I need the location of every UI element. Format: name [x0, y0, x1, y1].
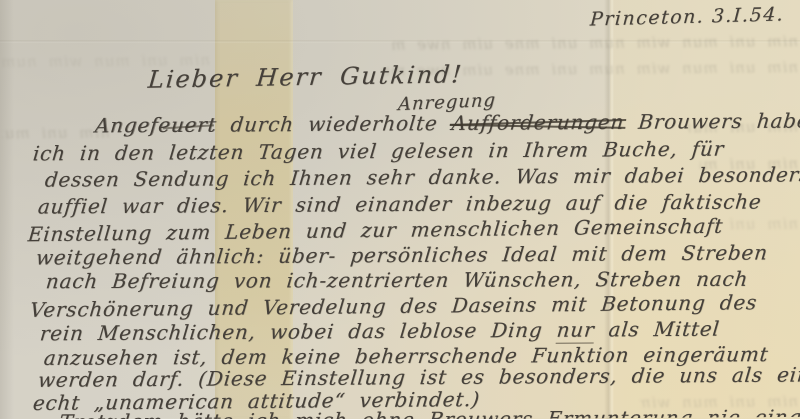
overwritten-word: Angefeuert [94, 113, 218, 138]
underlined-word: nur [555, 317, 595, 343]
letter-line-9: rein Menschlichen, wobei das leblose Din… [39, 317, 721, 346]
line-text: Brouwers habe [623, 108, 800, 133]
line-text: rein Menschlichen, wobei das leblose Din… [39, 318, 558, 346]
letter-line-6: weitgehend ähnlich: über- persönliches I… [35, 240, 769, 269]
showthrough-text-line: nim uni mun wim num uni mne uim nwe mun … [390, 32, 798, 54]
line-text: als Mittel [593, 317, 721, 342]
line-text: durch wiederholte [215, 111, 453, 137]
letter-scan-page: nim uni mun wim num uni mne uim nwe mun … [0, 0, 800, 419]
letter-line-7: nach Befreiung von ich-zentrierten Wünsc… [45, 267, 750, 293]
letter-line-2: ich in den letzten Tagen viel gelesen in… [32, 137, 725, 166]
salutation: Lieber Herr Gutkind! [147, 60, 465, 94]
letter-line-1: Angefeuert durch wiederholte Aufforderun… [94, 108, 800, 137]
showthrough-text-line: nim uni mun wim num uni mne uim nwe mun … [714, 215, 798, 234]
struck-out-word: Aufforderungen [451, 110, 626, 135]
